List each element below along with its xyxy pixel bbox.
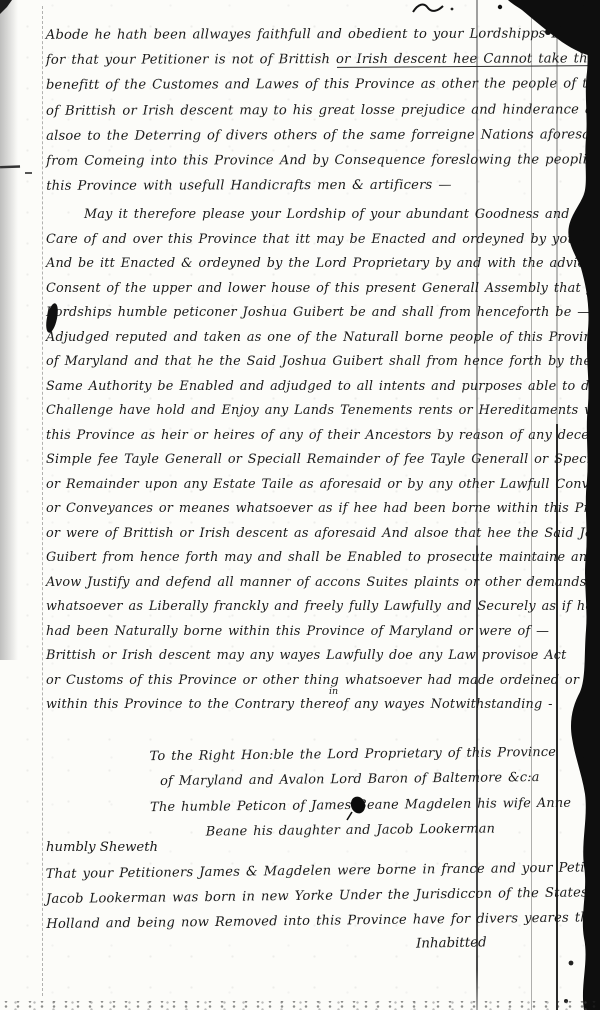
ink-speck <box>545 29 551 35</box>
ink-speck <box>569 961 574 966</box>
top-squiggle-mark <box>413 5 443 12</box>
corner-speck-topleft <box>0 0 12 14</box>
margin-dash-mark <box>0 165 20 168</box>
torn-right-edge-shape <box>568 0 600 1010</box>
page-edge-artifacts <box>0 0 600 1010</box>
blot-streak <box>347 812 352 820</box>
corner-ink-blob <box>508 0 600 58</box>
initial-flourish-blot <box>44 302 60 333</box>
margin-dash-mark <box>25 172 32 174</box>
ink-speck <box>451 8 454 11</box>
ink-speck <box>498 5 502 9</box>
manuscript-page: Abode he hath been allwayes faithfull an… <box>0 0 600 1010</box>
bottom-edge-noise <box>0 1001 600 1010</box>
